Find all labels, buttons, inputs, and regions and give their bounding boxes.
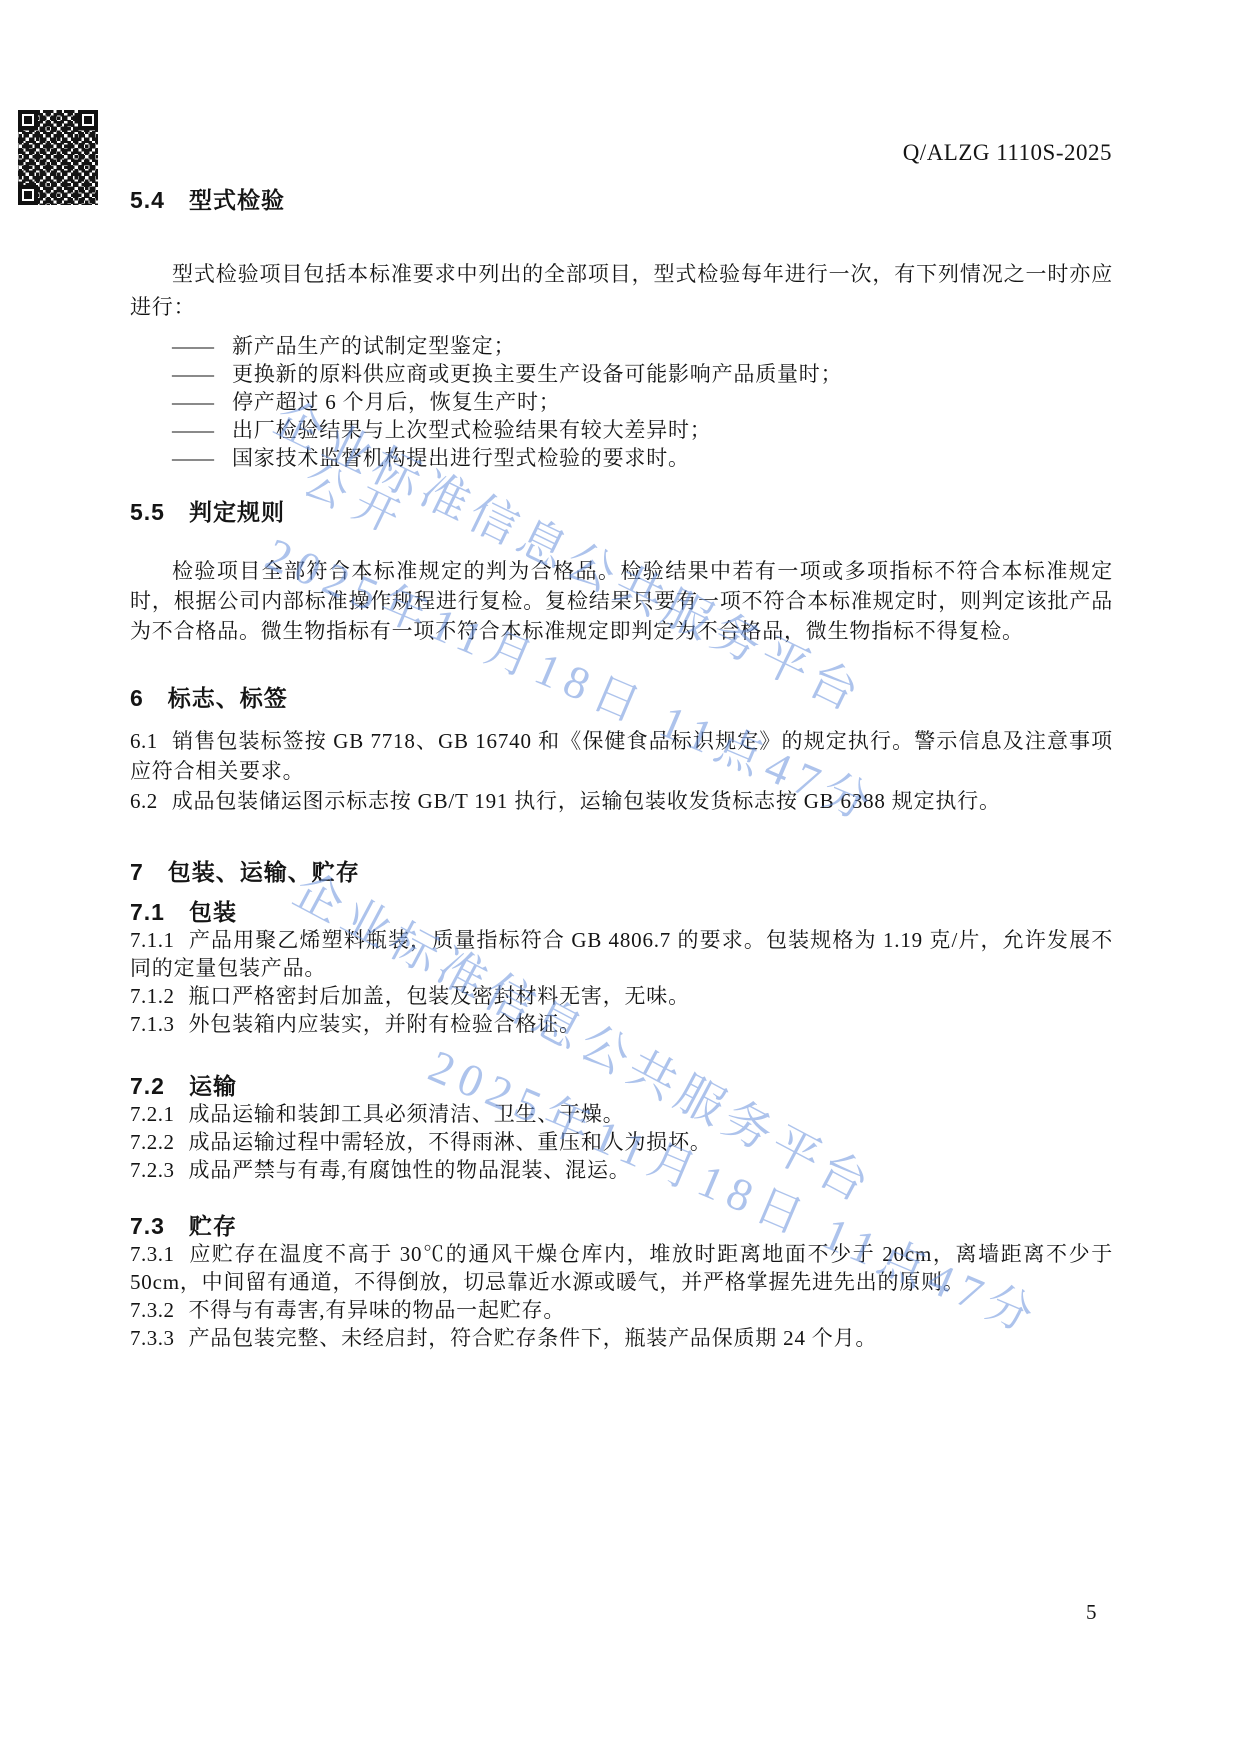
dash-glyph: —— <box>172 390 214 414</box>
clause-number: 7.2.1 <box>130 1102 175 1126</box>
clause-text: 不得与有毒害,有异味的物品一起贮存。 <box>189 1298 566 1322</box>
list-item-text: 出厂检验结果与上次型式检验结果有较大差异时； <box>232 418 712 442</box>
clause-7-2-3: 7.2.3成品严禁与有毒,有腐蚀性的物品混装、混运。 <box>130 1156 1113 1184</box>
clause-6-1: 6.1销售包装标签按 GB 7718、GB 16740 和《保健食品标识规定》的… <box>130 726 1113 786</box>
heading-5-5: 5.5 判定规则 <box>130 498 1113 526</box>
clause-text: 应贮存在温度不高于 30℃的通风干燥仓库内，堆放时距离地面不少于 20cm，离墙… <box>130 1242 1113 1294</box>
clause-number: 7.1.1 <box>130 928 175 952</box>
dash-glyph: —— <box>172 362 214 386</box>
qr-finder-pattern <box>78 110 98 130</box>
clause-text: 销售包装标签按 GB 7718、GB 16740 和《保健食品标识规定》的规定执… <box>130 729 1113 783</box>
clause-7-3-3: 7.3.3产品包装完整、未经启封，符合贮存条件下，瓶装产品保质期 24 个月。 <box>130 1324 1113 1352</box>
heading-7-2: 7.2 运输 <box>130 1072 1113 1100</box>
heading-7-1: 7.1 包装 <box>130 898 1113 926</box>
clause-number: 6.2 <box>130 789 158 813</box>
clause-text: 产品包装完整、未经启封，符合贮存条件下，瓶装产品保质期 24 个月。 <box>189 1326 878 1350</box>
clause-7-2-2: 7.2.2成品运输过程中需轻放，不得雨淋、重压和人为损坏。 <box>130 1128 1113 1156</box>
list-item-text: 停产超过 6 个月后，恢复生产时； <box>232 390 561 414</box>
dash-glyph: —— <box>172 446 214 470</box>
qr-finder-pattern <box>18 185 38 205</box>
clause-number: 7.3.1 <box>130 1242 175 1266</box>
qr-code <box>18 110 98 205</box>
list-item: ——停产超过 6 个月后，恢复生产时； <box>130 388 1113 416</box>
qr-finder-pattern <box>18 110 38 130</box>
document-page: { "page": { "doc_number": "Q/ALZG 1110S-… <box>0 0 1240 1754</box>
clause-text: 成品运输和装卸工具必须清洁、卫生、干燥。 <box>189 1102 625 1126</box>
doc-number: Q/ALZG 1110S-2025 <box>903 140 1112 166</box>
clause-7-1-1: 7.1.1产品用聚乙烯塑料瓶装，质量指标符合 GB 4806.7 的要求。包装规… <box>130 926 1113 982</box>
clause-7-3-2: 7.3.2不得与有毒害,有异味的物品一起贮存。 <box>130 1296 1113 1324</box>
heading-5-4: 5.4 型式检验 <box>130 186 1113 214</box>
clause-number: 7.3.2 <box>130 1298 175 1322</box>
list-item: ——国家技术监督机构提出进行型式检验的要求时。 <box>130 444 1113 472</box>
clause-number: 7.1.3 <box>130 1012 175 1036</box>
paragraph-5-4-intro: 型式检验项目包括本标准要求中列出的全部项目，型式检验每年进行一次，有下列情况之一… <box>130 258 1113 324</box>
clause-number: 7.1.2 <box>130 984 175 1008</box>
clause-text: 产品用聚乙烯塑料瓶装，质量指标符合 GB 4806.7 的要求。包装规格为 1.… <box>130 928 1113 980</box>
clause-7-3-1: 7.3.1应贮存在温度不高于 30℃的通风干燥仓库内，堆放时距离地面不少于 20… <box>130 1240 1113 1296</box>
list-item-text: 新产品生产的试制定型鉴定； <box>232 334 515 358</box>
clause-number: 7.3.3 <box>130 1326 175 1350</box>
clause-text: 瓶口严格密封后加盖，包装及密封材料无害，无味。 <box>189 984 690 1008</box>
document-body: 5.4 型式检验 型式检验项目包括本标准要求中列出的全部项目，型式检验每年进行一… <box>130 186 1113 1352</box>
list-item: ——更换新的原料供应商或更换主要生产设备可能影响产品质量时； <box>130 360 1113 388</box>
dash-glyph: —— <box>172 418 214 442</box>
dash-glyph: —— <box>172 334 214 358</box>
clause-text: 成品严禁与有毒,有腐蚀性的物品混装、混运。 <box>189 1158 631 1182</box>
list-item: ——新产品生产的试制定型鉴定； <box>130 332 1113 360</box>
clause-text: 成品运输过程中需轻放，不得雨淋、重压和人为损坏。 <box>189 1130 712 1154</box>
clause-7-1-2: 7.1.2瓶口严格密封后加盖，包装及密封材料无害，无味。 <box>130 982 1113 1010</box>
clause-number: 7.2.2 <box>130 1130 175 1154</box>
list-item: ——出厂检验结果与上次型式检验结果有较大差异时； <box>130 416 1113 444</box>
clause-number: 7.2.3 <box>130 1158 175 1182</box>
page-number: 5 <box>1086 1600 1097 1625</box>
clause-7-2-1: 7.2.1成品运输和装卸工具必须清洁、卫生、干燥。 <box>130 1100 1113 1128</box>
clause-6-2: 6.2成品包装储运图示标志按 GB/T 191 执行，运输包装收发货标志按 GB… <box>130 786 1113 816</box>
list-item-text: 国家技术监督机构提出进行型式检验的要求时。 <box>232 446 690 470</box>
list-item-text: 更换新的原料供应商或更换主要生产设备可能影响产品质量时； <box>232 362 842 386</box>
clause-text: 外包装箱内应装实，并附有检验合格证。 <box>189 1012 581 1036</box>
clause-number: 6.1 <box>130 729 158 753</box>
paragraph-5-5: 检验项目全部符合本标准规定的判为合格品。检验结果中若有一项或多项指标不符合本标准… <box>130 556 1113 646</box>
heading-7: 7 包装、运输、贮存 <box>130 858 1113 886</box>
heading-6: 6 标志、标签 <box>130 684 1113 712</box>
clause-7-1-3: 7.1.3外包装箱内应装实，并附有检验合格证。 <box>130 1010 1113 1038</box>
clause-text: 成品包装储运图示标志按 GB/T 191 执行，运输包装收发货标志按 GB 63… <box>172 789 1001 813</box>
heading-7-3: 7.3 贮存 <box>130 1212 1113 1240</box>
